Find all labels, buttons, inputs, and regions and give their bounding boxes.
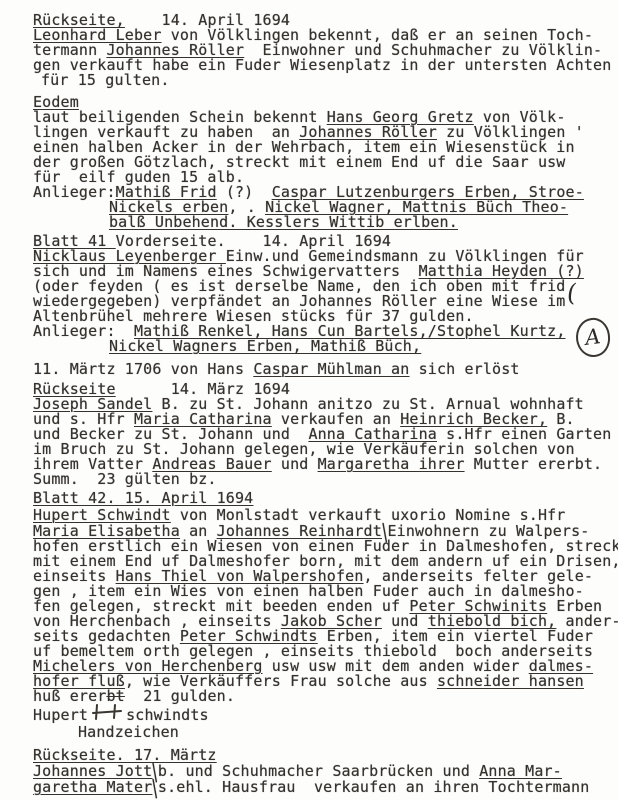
document-line: garetha Mater\s.ehl. Hausfrau verkaufen … (33, 779, 616, 795)
underlined-text: balß Unbehend. Kesslers Wittib erlben. (109, 213, 458, 231)
document-line: Hupertschwindts (33, 706, 616, 725)
text-run: Anlieger: (33, 183, 116, 201)
document-line: Summ. 23 gülten bz. (33, 472, 616, 487)
text-run: Handzeichen (78, 723, 179, 741)
text-run: schwindts (126, 706, 209, 724)
text-run: huß erer (33, 687, 106, 705)
underlined-text: garetha Mater (33, 778, 152, 796)
text-run: Mutter ererbt. (465, 455, 603, 473)
document-line: huß ererbt 21 gulden. (33, 689, 616, 704)
document-line: Rückseite. 17. Märtz (33, 748, 616, 763)
document-line: Handzeichen (33, 725, 616, 740)
underlined-text: Caspar Mühlman an (253, 360, 409, 378)
text-run: 11. Märtz 1706 von Hans (33, 360, 253, 378)
document-page: Rückseite, 14. April 1694Leonhard Leber … (0, 0, 618, 800)
underlined-text: schneider hansen (437, 672, 584, 690)
document-line: Johannes Jott\b. und Schuhmacher Saarbrü… (33, 763, 616, 779)
handwritten-paren-annotation: ( (566, 286, 577, 302)
text-run: Summ. 23 gülten bz. (33, 470, 217, 488)
underlined-text: Nickel Wagners Erben, Mathiß Büch, (109, 337, 421, 355)
text-run: 21 gulden. (125, 687, 235, 705)
document-line: Nickel Wagners Erben, Mathiß Büch, (33, 339, 616, 354)
circled-letter: A (584, 329, 601, 346)
document-line: Blatt 42. 15. April 1694 (33, 491, 616, 506)
text-run: Hupert (33, 706, 88, 724)
handwritten-stroke: \ (152, 777, 158, 799)
text-run: für 15 gulten. (41, 71, 170, 89)
document-line: balß Unbehend. Kesslers Wittib erlben. (33, 215, 616, 230)
underlined-text: Margaretha ihrer (318, 455, 465, 473)
handzeichen-mark-icon (92, 704, 122, 723)
document-line: für 15 gulten. (33, 73, 616, 88)
text-run: und (272, 455, 318, 473)
document-line: 11. Märtz 1706 von Hans Caspar Mühlman a… (33, 362, 616, 377)
text-run: s.ehl. Hausfrau verkaufen an ihren Tocht… (158, 778, 590, 796)
text-run: bt (106, 687, 124, 705)
document-lines: Rückseite, 14. April 1694Leonhard Leber … (33, 13, 616, 795)
document-line: Hupert Schwindt von Monlstadt verkauft u… (33, 508, 616, 523)
underlined-text: Blatt 42. 15. April 1694 (33, 489, 253, 507)
text-run: sich erlöst (409, 360, 519, 378)
handwritten-stroke: \ (382, 521, 388, 543)
